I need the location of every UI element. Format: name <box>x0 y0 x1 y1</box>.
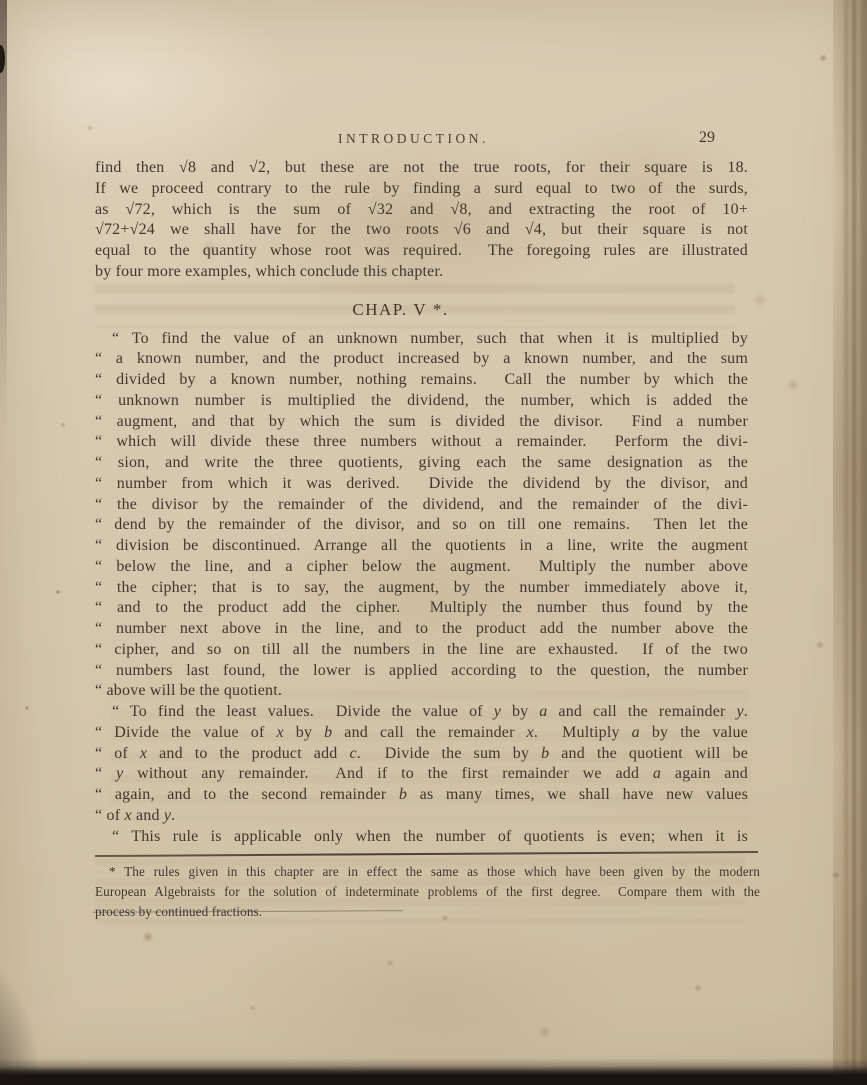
text-line: “ number next above in the line, and to … <box>95 619 748 640</box>
quoted-rule-paragraph-2: “ To find the least values. Divide the v… <box>95 702 748 827</box>
text-line: “ divided by a known number, nothing rem… <box>95 370 748 391</box>
text-line: “ which will divide these three numbers … <box>95 432 748 453</box>
text-line: “ dend by the remainder of the divisor, … <box>95 515 748 536</box>
chapter-heading: CHAP. V *. <box>74 300 727 320</box>
text-line: “ and to the product add the cipher. Mul… <box>95 598 748 619</box>
text-line: “ number from which it was derived. Divi… <box>95 474 748 495</box>
text-line: * The rules given in this chapter are in… <box>95 862 760 882</box>
running-header: INTRODUCTION. 29 <box>95 131 748 149</box>
text-line: find then √8 and √2, but these are not t… <box>95 158 748 179</box>
text-line: √72+√24 we shall have for the two roots … <box>95 220 748 241</box>
text-line: by four more examples, which conclude th… <box>95 262 748 283</box>
page-edge-left <box>0 0 7 460</box>
text-line: “ Divide the value of x by b and call th… <box>95 723 748 744</box>
page-corner-shadow <box>0 961 42 1085</box>
page-number: 29 <box>699 129 715 147</box>
text-line: “ the cipher; that is to say, the augmen… <box>95 578 748 599</box>
text-line: “ This rule is applicable only when the … <box>95 827 748 848</box>
quoted-rule-paragraph-3: “ This rule is applicable only when the … <box>95 827 748 848</box>
text-line: “ of x and y. <box>95 806 748 827</box>
text-line: “ To find the value of an unknown number… <box>95 329 748 350</box>
page-deckle-edge-right <box>833 0 867 1085</box>
text-line: equal to the quantity whose root was req… <box>95 241 748 262</box>
text-line: “ augment, and that by which the sum is … <box>95 412 748 433</box>
text-line: “ again, and to the second remainder b a… <box>95 785 748 806</box>
text-line: “ sion, and write the three quotients, g… <box>95 453 748 474</box>
page-edge-bottom <box>0 1057 867 1085</box>
footnote: * The rules given in this chapter are in… <box>95 862 760 922</box>
text-line: “ a known number, and the product increa… <box>95 349 748 370</box>
text-line: as √72, which is the sum of √32 and √8, … <box>95 200 748 221</box>
text-line: “ division be discontinued. Arrange all … <box>95 536 748 557</box>
text-line: “ below the line, and a cipher below the… <box>95 557 748 578</box>
scanned-book-page: INTRODUCTION. 29 find then √8 and √2, bu… <box>0 0 867 1085</box>
binding-mark <box>0 45 5 73</box>
text-line: European Algebraists for the solution of… <box>95 882 760 902</box>
text-line: “ cipher, and so on till all the numbers… <box>95 640 748 661</box>
text-line: “ unknown number is multiplied the divid… <box>95 391 748 412</box>
text-line: “ of x and to the product add c. Divide … <box>95 744 748 765</box>
text-line: If we proceed contrary to the rule by fi… <box>95 179 748 200</box>
text-line: “ above will be the quotient. <box>95 681 748 702</box>
running-title: INTRODUCTION. <box>338 131 489 147</box>
intro-paragraph: find then √8 and √2, but these are not t… <box>95 158 748 283</box>
text-line: “ the divisor by the remainder of the di… <box>95 495 748 516</box>
text-line: “ numbers last found, the lower is appli… <box>95 661 748 682</box>
text-line: “ y without any remainder. And if to the… <box>95 764 748 785</box>
text-line: “ To find the least values. Divide the v… <box>95 702 748 723</box>
quoted-rule-paragraph-1: “ To find the value of an unknown number… <box>95 329 748 703</box>
footnote-separator-rule <box>95 851 758 857</box>
